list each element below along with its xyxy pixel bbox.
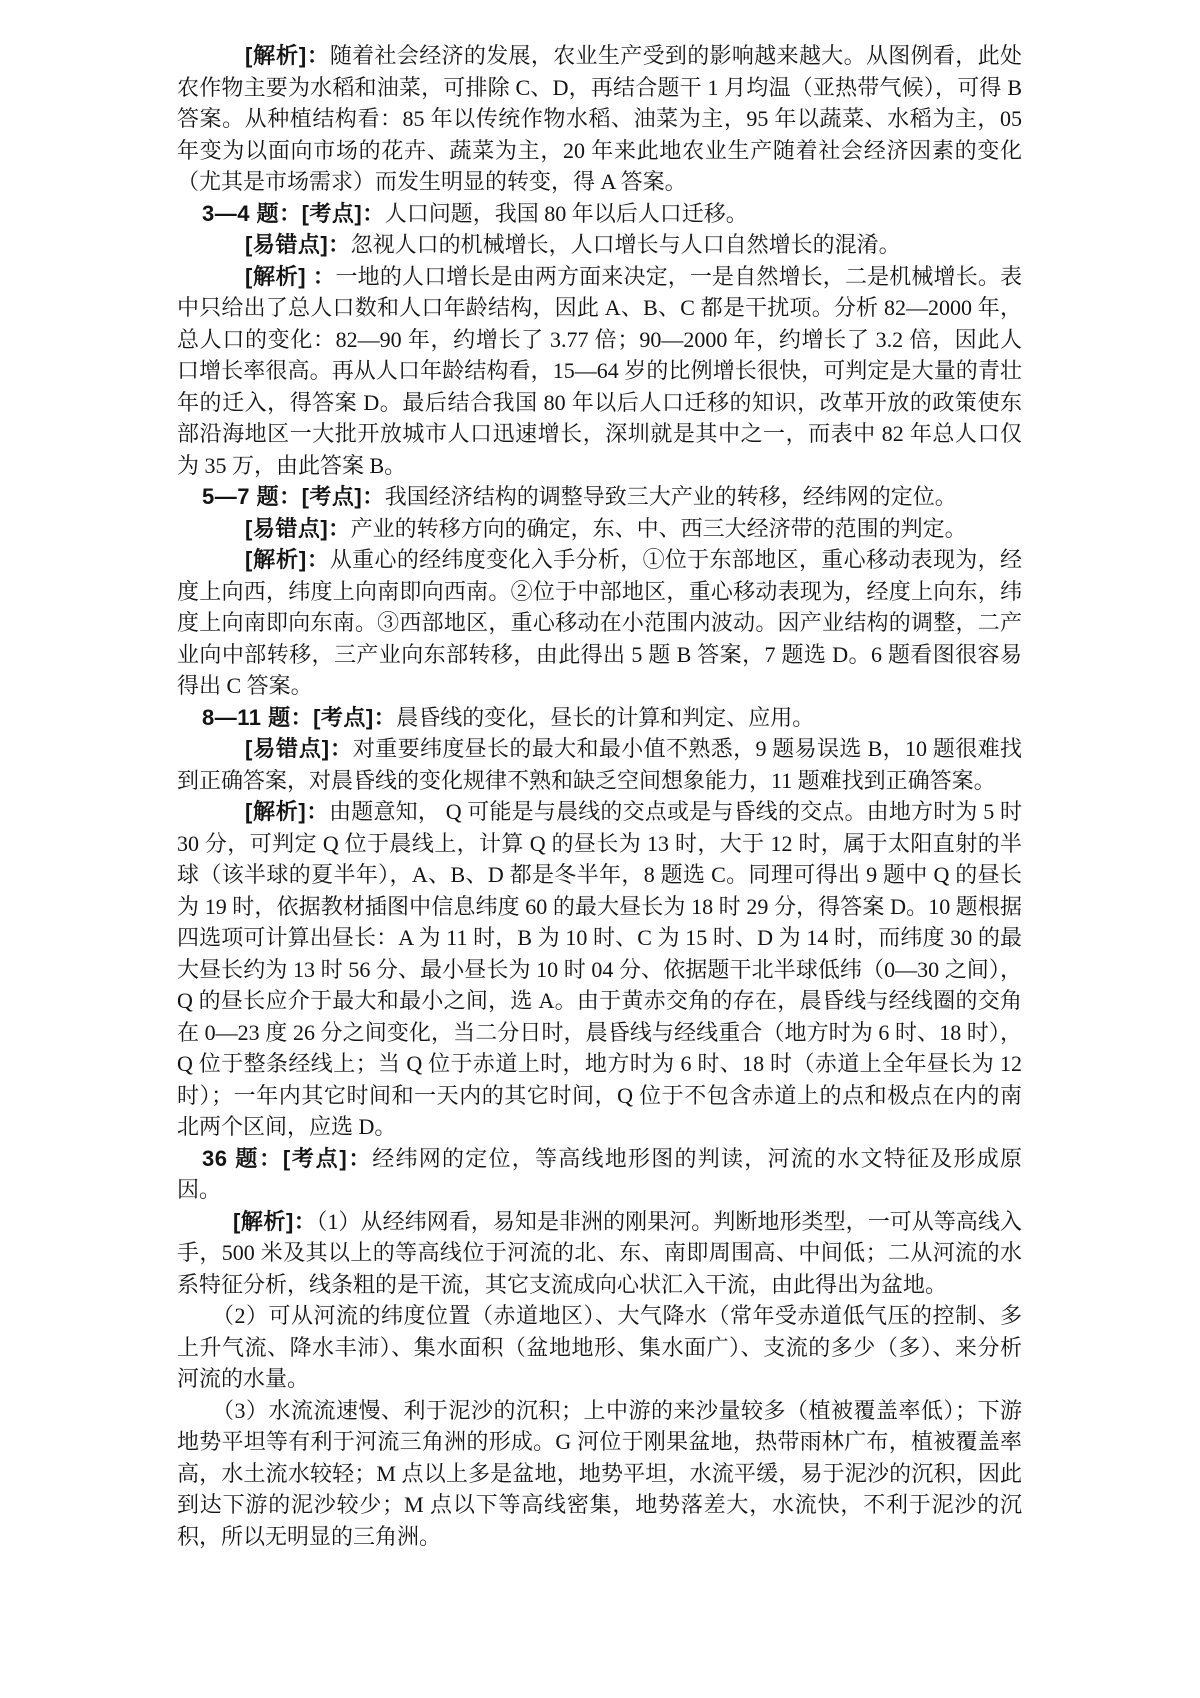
paragraph-text: （3）水流流速慢、利于泥沙的沉积；上中游的来沙量较多（植被覆盖率低）；下游地势平… <box>177 1398 1022 1549</box>
paragraph-text: 一地的人口增长是由两方面来决定，一是自然增长，二是机械增长。表中只给出了总人口数… <box>177 264 1022 478</box>
paragraph-label: 5—7 题：[考点]： <box>202 484 385 509</box>
paragraph-sub-point: （2）可从河流的纬度位置（赤道地区）、大气降水（常年受赤道低气压的控制、多上升气… <box>177 1300 1022 1395</box>
paragraph-error-point: [易错点]：忽视人口的机械增长，人口增长与人口自然增长的混淆。 <box>177 229 1022 261</box>
document-page: [解析]：随着社会经济的发展，农业生产受到的影响越来越大。从图例看，此处农作物主… <box>0 0 1200 1698</box>
paragraph-text: 由题意知， Q 可能是与晨线的交点或是与昏线的交点。由地方时为 5 时 30 分… <box>177 799 1022 1139</box>
document-content: [解析]：随着社会经济的发展，农业生产受到的影响越来越大。从图例看，此处农作物主… <box>177 40 1022 1552</box>
paragraph-analysis: [解析]：由题意知， Q 可能是与晨线的交点或是与昏线的交点。由地方时为 5 时… <box>177 796 1022 1143</box>
paragraph-text: 人口问题，我国 80 年以后人口迁移。 <box>385 201 748 226</box>
paragraph-text: （2）可从河流的纬度位置（赤道地区）、大气降水（常年受赤道低气压的控制、多上升气… <box>177 1303 1022 1391</box>
paragraph-label: 36 题：[考点]： <box>202 1146 372 1171</box>
paragraph-label: [易错点]： <box>245 516 351 541</box>
paragraph-error-point: [易错点]：对重要纬度昼长的最大和最小值不熟悉，9 题易误选 B，10 题很难找… <box>177 733 1022 796</box>
paragraph-error-point: [易错点]：产业的转移方向的确定，东、中、西三大经济带的范围的判定。 <box>177 513 1022 545</box>
paragraph-analysis: [解析]：从重心的经纬度变化入手分析，①位于东部地区，重心移动表现为，经度上向西… <box>177 544 1022 702</box>
paragraph-sub-point: （3）水流流速慢、利于泥沙的沉积；上中游的来沙量较多（植被覆盖率低）；下游地势平… <box>177 1395 1022 1553</box>
paragraph-label: 8—11 题：[考点]： <box>202 705 396 730</box>
paragraph-label: [易错点]： <box>245 736 353 761</box>
paragraph-text: 我国经济结构的调整导致三大产业的转移，经纬网的定位。 <box>385 484 957 509</box>
paragraph-analysis: [解析] ：一地的人口增长是由两方面来决定，一是自然增长，二是机械增长。表中只给… <box>177 261 1022 482</box>
paragraph-label: [易错点]： <box>245 232 351 257</box>
paragraph-text: 晨昏线的变化，昼长的计算和判定、应用。 <box>396 705 814 730</box>
paragraph-question-heading: 36 题：[考点]：经纬网的定位，等高线地形图的判读，河流的水文特征及形成原因。 <box>177 1143 1022 1206</box>
paragraph-question-heading: 8—11 题：[考点]：晨昏线的变化，昼长的计算和判定、应用。 <box>177 702 1022 734</box>
paragraph-label: [解析]： <box>245 43 330 68</box>
paragraph-question-heading: 5—7 题：[考点]：我国经济结构的调整导致三大产业的转移，经纬网的定位。 <box>177 481 1022 513</box>
paragraph-analysis: [解析]：随着社会经济的发展，农业生产受到的影响越来越大。从图例看，此处农作物主… <box>177 40 1022 198</box>
paragraph-label: [解析]： <box>233 1209 316 1234</box>
paragraph-label: [解析]： <box>245 799 329 824</box>
paragraph-label: 3—4 题：[考点]： <box>202 201 385 226</box>
paragraph-question-heading: 3—4 题：[考点]：人口问题，我国 80 年以后人口迁移。 <box>177 198 1022 230</box>
paragraph-text: 产业的转移方向的确定，东、中、西三大经济带的范围的判定。 <box>351 516 967 541</box>
paragraph-label: [解析]： <box>245 547 330 572</box>
paragraph-analysis-sub: [解析]：（1）从经纬网看，易知是非洲的刚果河。判断地形类型，一可从等高线入手，… <box>177 1206 1022 1301</box>
paragraph-text: 忽视人口的机械增长，人口增长与人口自然增长的混淆。 <box>351 232 901 257</box>
paragraph-label: [解析] ： <box>245 264 336 289</box>
